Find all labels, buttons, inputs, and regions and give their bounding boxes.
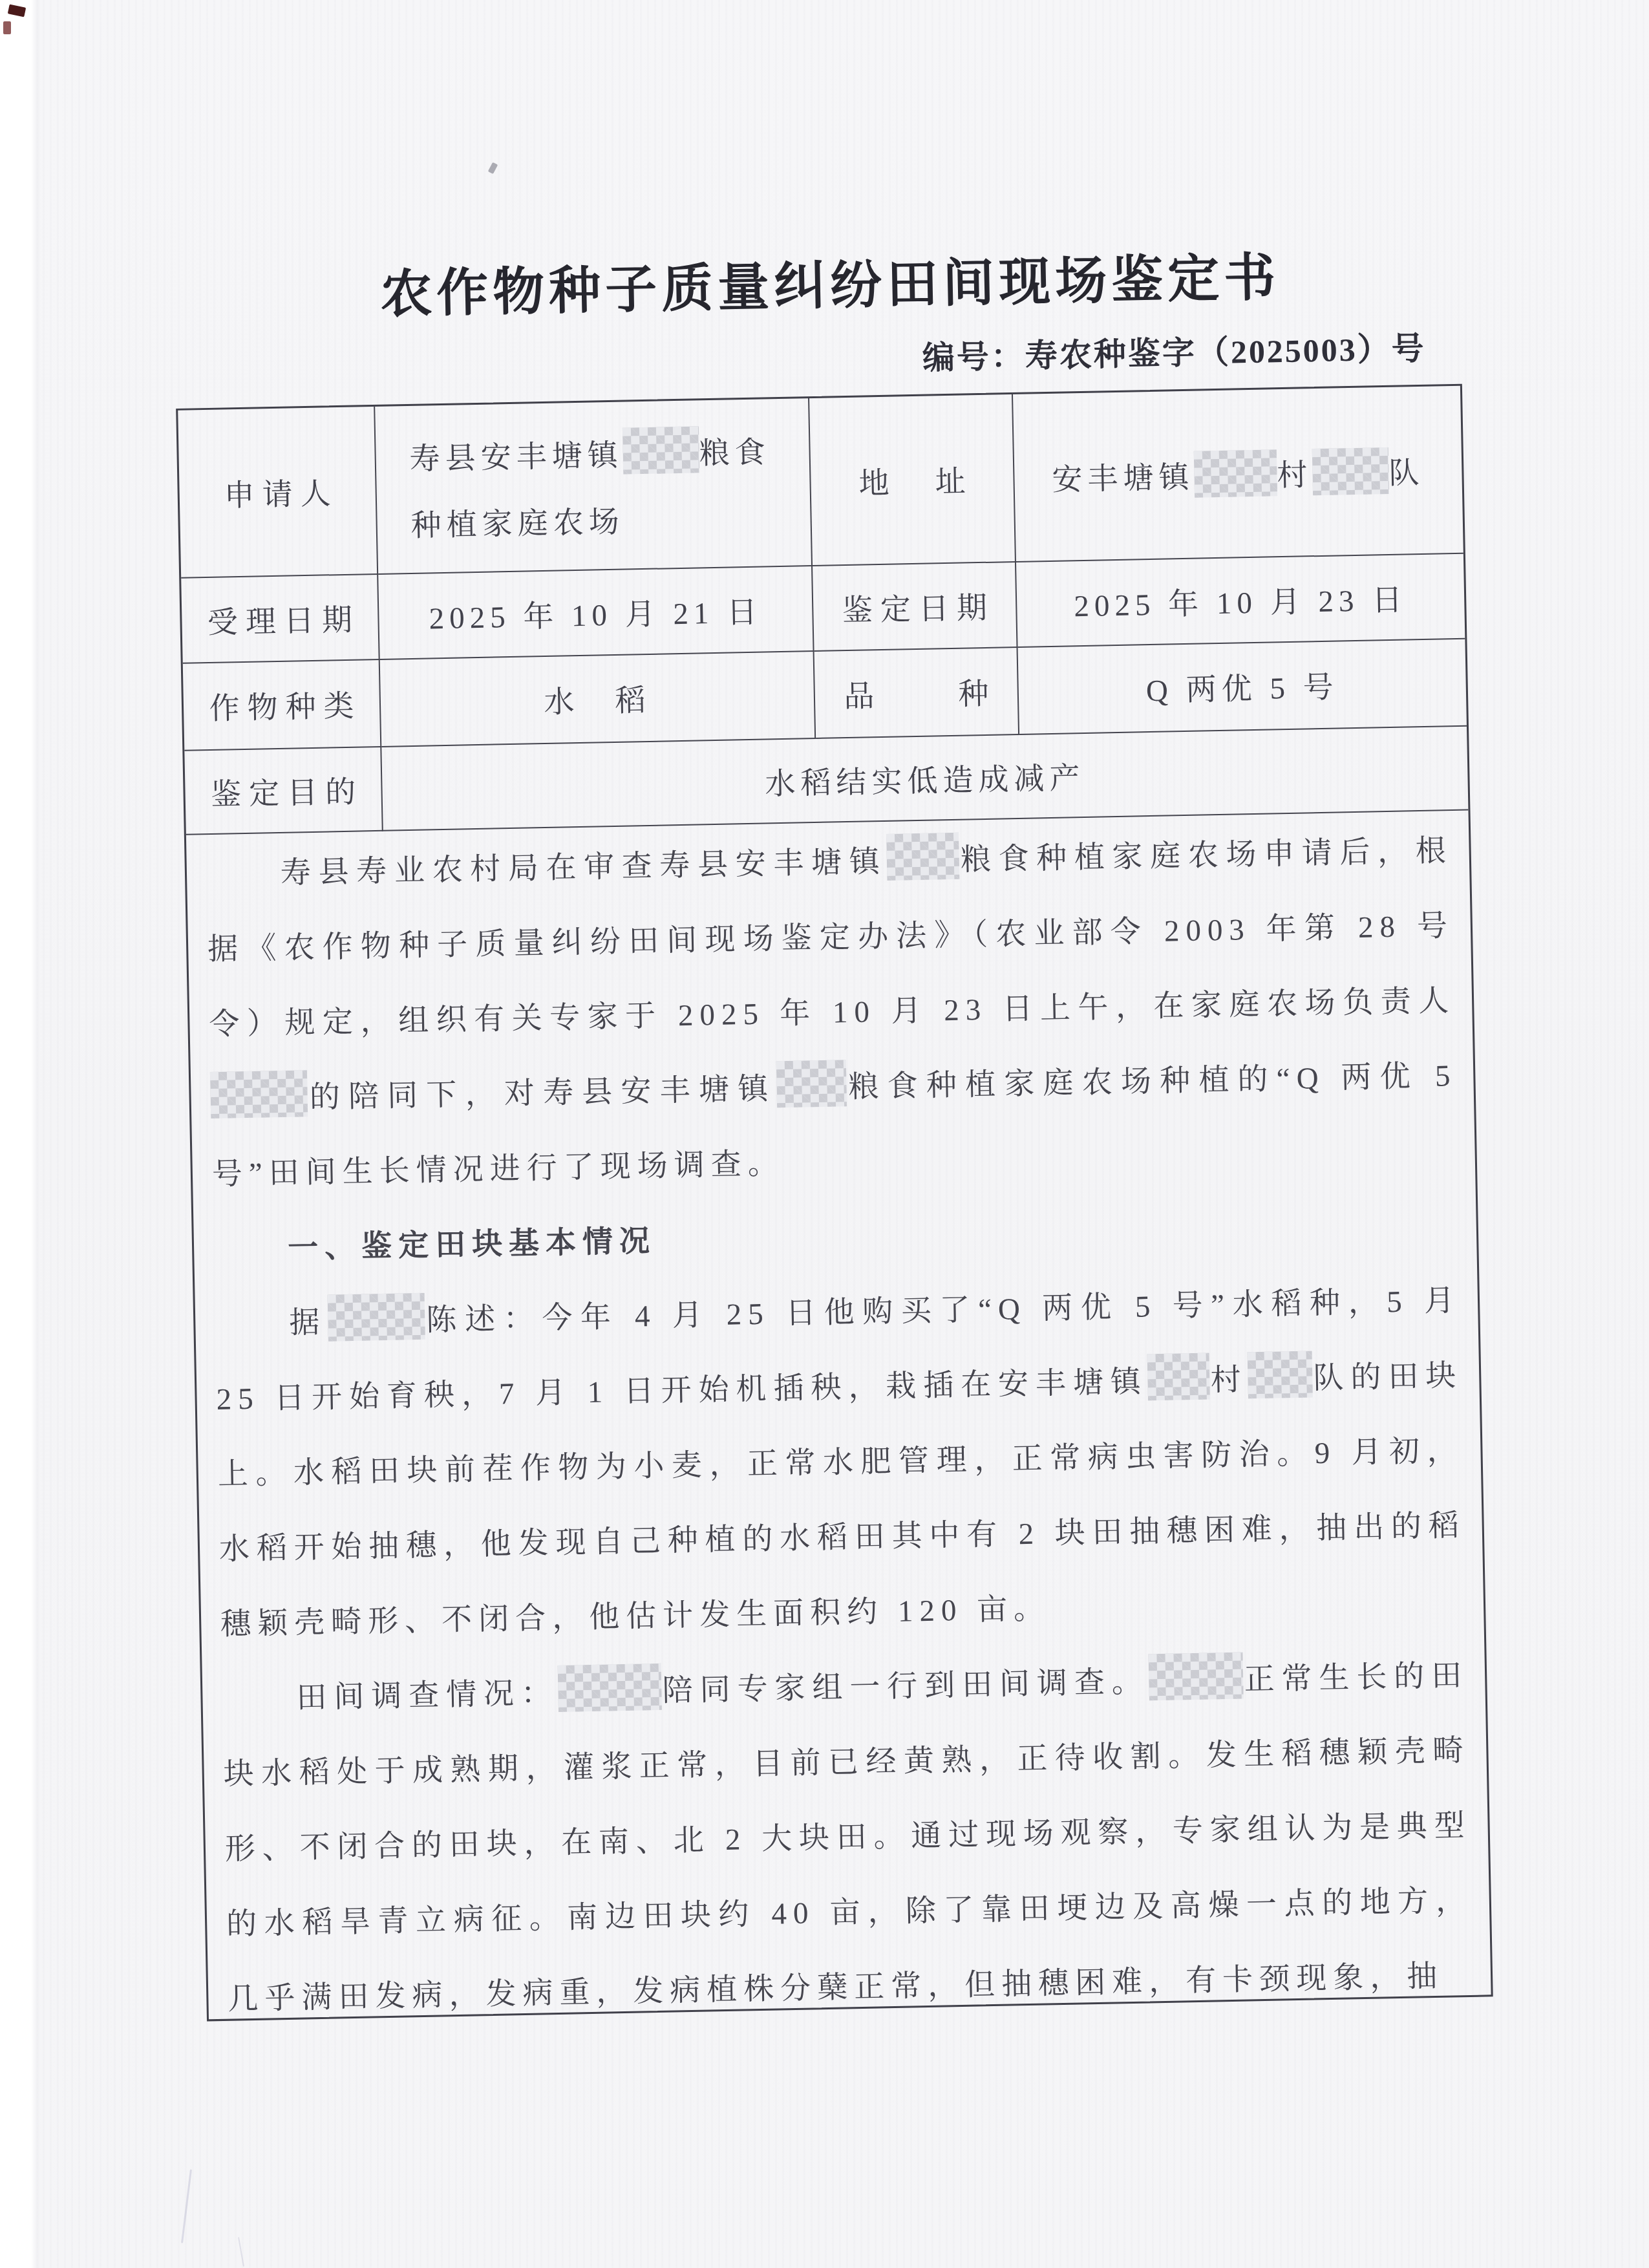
field-crop-label: 作物种类: [183, 660, 382, 751]
body-paragraph: 据陈述：今年 4 月 25 日他购买了“Q 两优 5 号”水稻种，5 月 25 …: [214, 1263, 1467, 1662]
header-table: 申请人 寿县安丰塘镇粮食 种植家庭农场 地 址 安丰塘镇村队 受理日期 2025…: [176, 384, 1493, 2022]
redaction-block: [776, 1060, 847, 1107]
address-text: 村: [1277, 451, 1313, 495]
redaction-block: [558, 1664, 662, 1712]
body-text: 一、鉴定田块基本情况: [288, 1225, 657, 1265]
scanned-page: 农作物种子质量纠纷田间现场鉴定书 编号：寿农种鉴字（2025003）号 申请人 …: [0, 0, 1649, 2268]
applicant-line-2: 种植家庭农场: [410, 498, 811, 547]
body-text: 据: [289, 1306, 328, 1340]
field-applicant-label: 申请人: [178, 407, 378, 579]
page-title: 农作物种子质量纠纷田间现场鉴定书: [5, 235, 1649, 339]
body-text: 的陪同下，对寿县安丰塘镇: [307, 1072, 777, 1115]
redaction-block: [210, 1070, 308, 1118]
body-paragraph: 田间调查情况：陪同专家组一行到田间调查。正常生长的田块水稻处于成熟期，灌浆正常，…: [221, 1638, 1474, 2037]
address-text: 队: [1388, 448, 1425, 492]
redaction-block: [887, 833, 960, 881]
field-variety-label: 品 种: [814, 648, 1020, 739]
address-text: 安丰塘镇: [1052, 453, 1195, 498]
redaction-block: [1147, 1353, 1210, 1400]
field-purpose-label: 鉴定目的: [184, 747, 383, 835]
body-text: 寿县寿业农村局在审查寿县安丰塘镇: [281, 845, 888, 890]
field-accept-date-label: 受理日期: [181, 575, 379, 664]
field-appraisal-date-value: 2025 年 10 月 23 日: [1016, 554, 1465, 648]
body-text: 陪同专家组一行到田间调查。: [661, 1665, 1149, 1707]
field-variety-value: Q 两优 5 号: [1018, 639, 1467, 735]
redaction-block: [327, 1293, 425, 1342]
field-address-value: 安丰塘镇村队: [1013, 386, 1463, 562]
redaction-block: [622, 426, 699, 474]
field-appraisal-date-label: 鉴定日期: [813, 562, 1017, 652]
body-paragraphs: 寿县寿业农村局在审查寿县安丰塘镇粮食种植家庭农场申请后，根据《农作物种子质量纠纷…: [186, 811, 1491, 2020]
field-accept-date-value: 2025 年 10 月 21 日: [378, 566, 814, 660]
applicant-text: 寿县安丰塘镇: [409, 438, 623, 476]
body-paragraph: 寿县寿业农村局在审查寿县安丰塘镇粮食种植家庭农场申请后，根据《农作物种子质量纠纷…: [206, 813, 1459, 1212]
redaction-block: [1248, 1351, 1313, 1398]
field-applicant-value: 寿县安丰塘镇粮食 种植家庭农场: [375, 398, 813, 575]
document-content: 农作物种子质量纠纷田间现场鉴定书 编号：寿农种鉴字（2025003）号 申请人 …: [0, 0, 1649, 2267]
applicant-text: 粮食: [699, 436, 771, 471]
applicant-text: 种植家庭农场: [410, 506, 624, 543]
body-text: 村: [1209, 1363, 1248, 1397]
applicant-line-1: 寿县安丰塘镇粮食: [409, 424, 809, 480]
redaction-block: [1194, 449, 1277, 497]
body-text: 田间调查情况：: [296, 1676, 559, 1715]
doc-number: 编号：寿农种鉴字（2025003）号: [922, 328, 1426, 379]
field-crop-value: 水 稻: [380, 652, 816, 747]
redaction-block: [1312, 447, 1389, 495]
field-address-label: 地 址: [809, 394, 1016, 566]
redaction-block: [1149, 1653, 1244, 1701]
